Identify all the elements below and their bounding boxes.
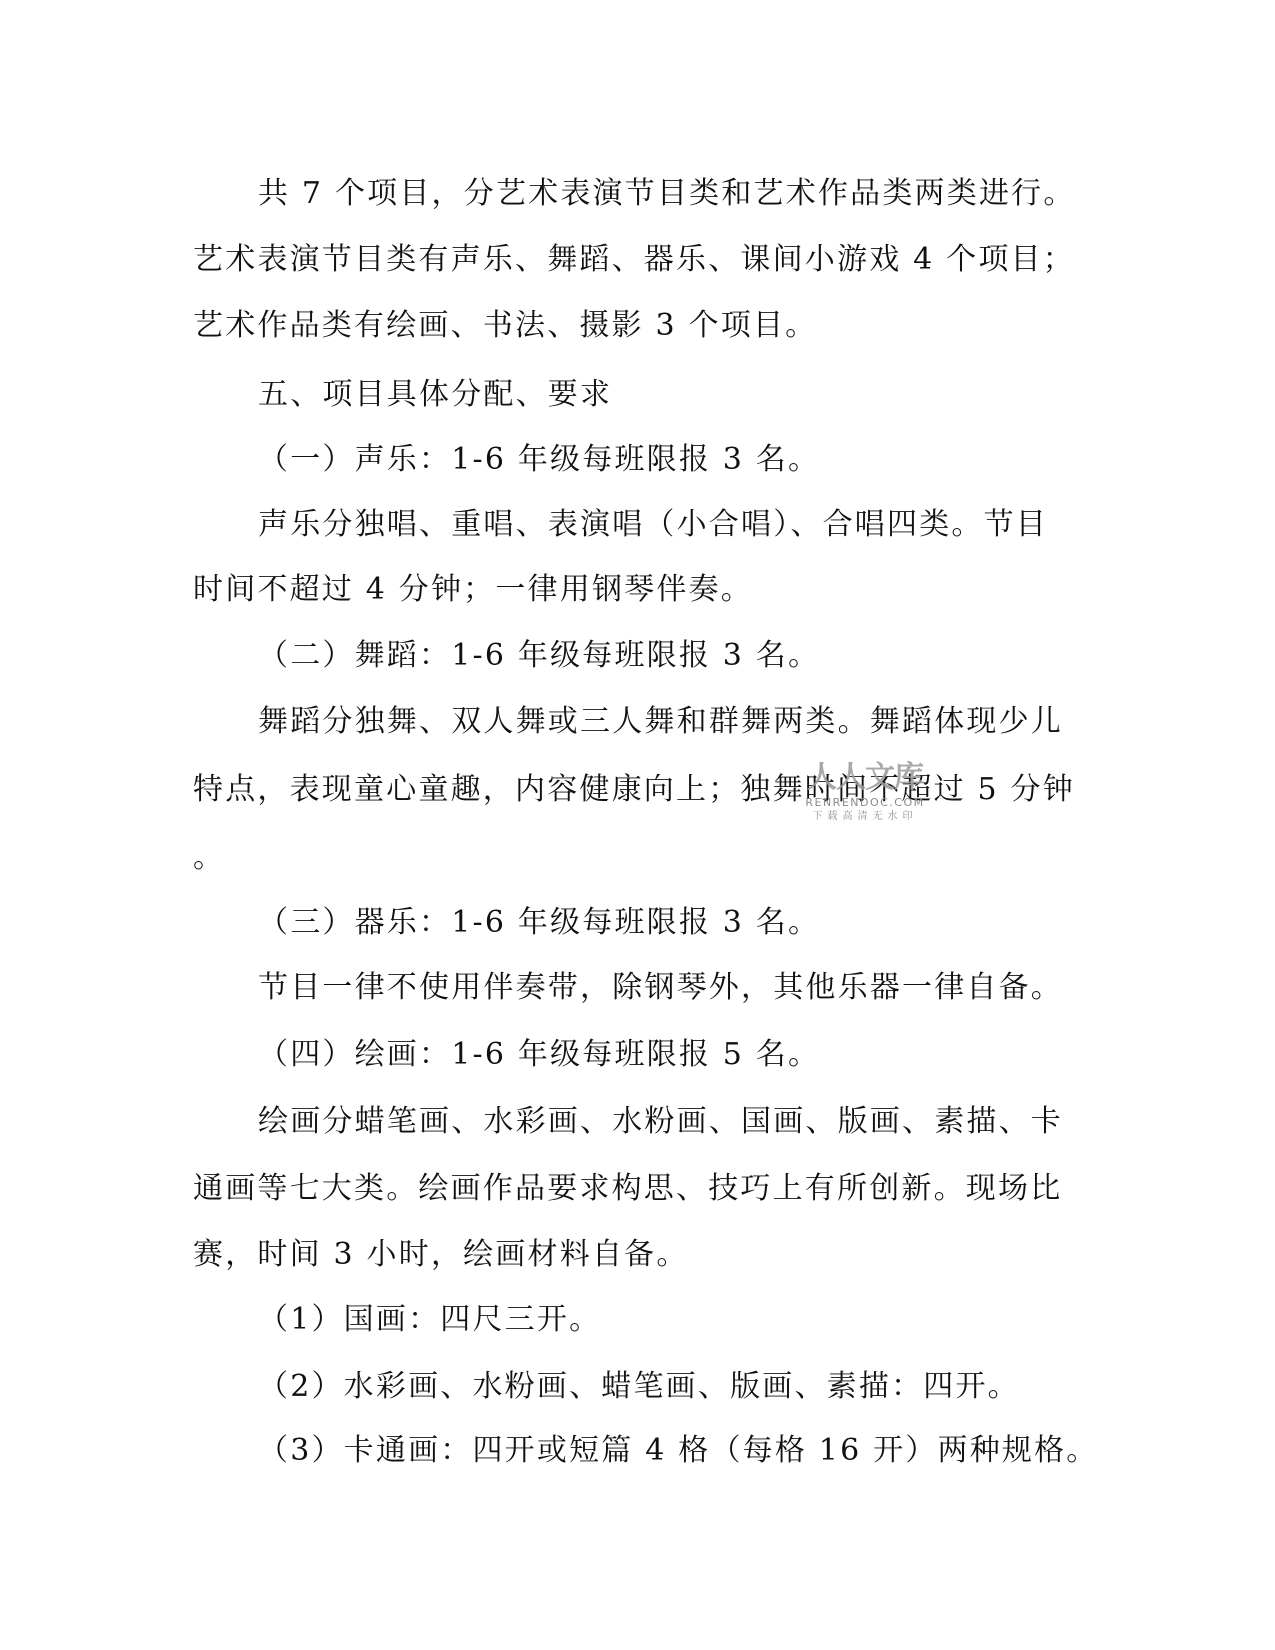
paragraph-line: 特点，表现童心童趣，内容健康向上；独舞时间不超过 5 分钟 xyxy=(193,770,1093,810)
paragraph-line: 时间不超过 4 分钟；一律用钢琴伴奏。 xyxy=(193,570,1093,610)
section-heading: 五、项目具体分配、要求 xyxy=(258,375,1158,415)
subsection-heading: （四）绘画：1-6 年级每班限报 5 名。 xyxy=(258,1035,1158,1075)
paragraph-line: 艺术表演节目类有声乐、舞蹈、器乐、课间小游戏 4 个项目； xyxy=(193,240,1093,280)
paragraph-line: 声乐分独唱、重唱、表演唱（小合唱）、合唱四类。节目 xyxy=(258,505,1158,545)
subsection-heading: （三）器乐：1-6 年级每班限报 3 名。 xyxy=(258,903,1158,943)
paragraph-line: 舞蹈分独舞、双人舞或三人舞和群舞两类。舞蹈体现少儿 xyxy=(258,702,1158,742)
paragraph-line: 艺术作品类有绘画、书法、摄影 3 个项目。 xyxy=(193,306,1093,346)
list-item: （2）水彩画、水粉画、蜡笔画、版画、素描：四开。 xyxy=(258,1367,1158,1407)
paragraph-line: 节目一律不使用伴奏带，除钢琴外，其他乐器一律自备。 xyxy=(258,968,1158,1008)
paragraph-line: 共 7 个项目，分艺术表演节目类和艺术作品类两类进行。 xyxy=(258,174,1158,214)
subsection-heading: （一）声乐：1-6 年级每班限报 3 名。 xyxy=(258,440,1158,480)
list-item: （3）卡通画：四开或短篇 4 格（每格 16 开）两种规格。 xyxy=(258,1431,1158,1471)
paragraph-line: 。 xyxy=(193,838,1093,878)
subsection-heading: （二）舞蹈：1-6 年级每班限报 3 名。 xyxy=(258,636,1158,676)
paragraph-line: 绘画分蜡笔画、水彩画、水粉画、国画、版画、素描、卡 xyxy=(258,1102,1158,1142)
watermark-subtitle: 下载高清无水印 xyxy=(790,810,940,824)
paragraph-line: 赛，时间 3 小时，绘画材料自备。 xyxy=(193,1235,1093,1275)
document-page: 共 7 个项目，分艺术表演节目类和艺术作品类两类进行。 艺术表演节目类有声乐、舞… xyxy=(0,0,1275,1650)
list-item: （1）国画：四尺三开。 xyxy=(258,1300,1158,1340)
paragraph-line: 通画等七大类。绘画作品要求构思、技巧上有所创新。现场比 xyxy=(193,1169,1093,1209)
